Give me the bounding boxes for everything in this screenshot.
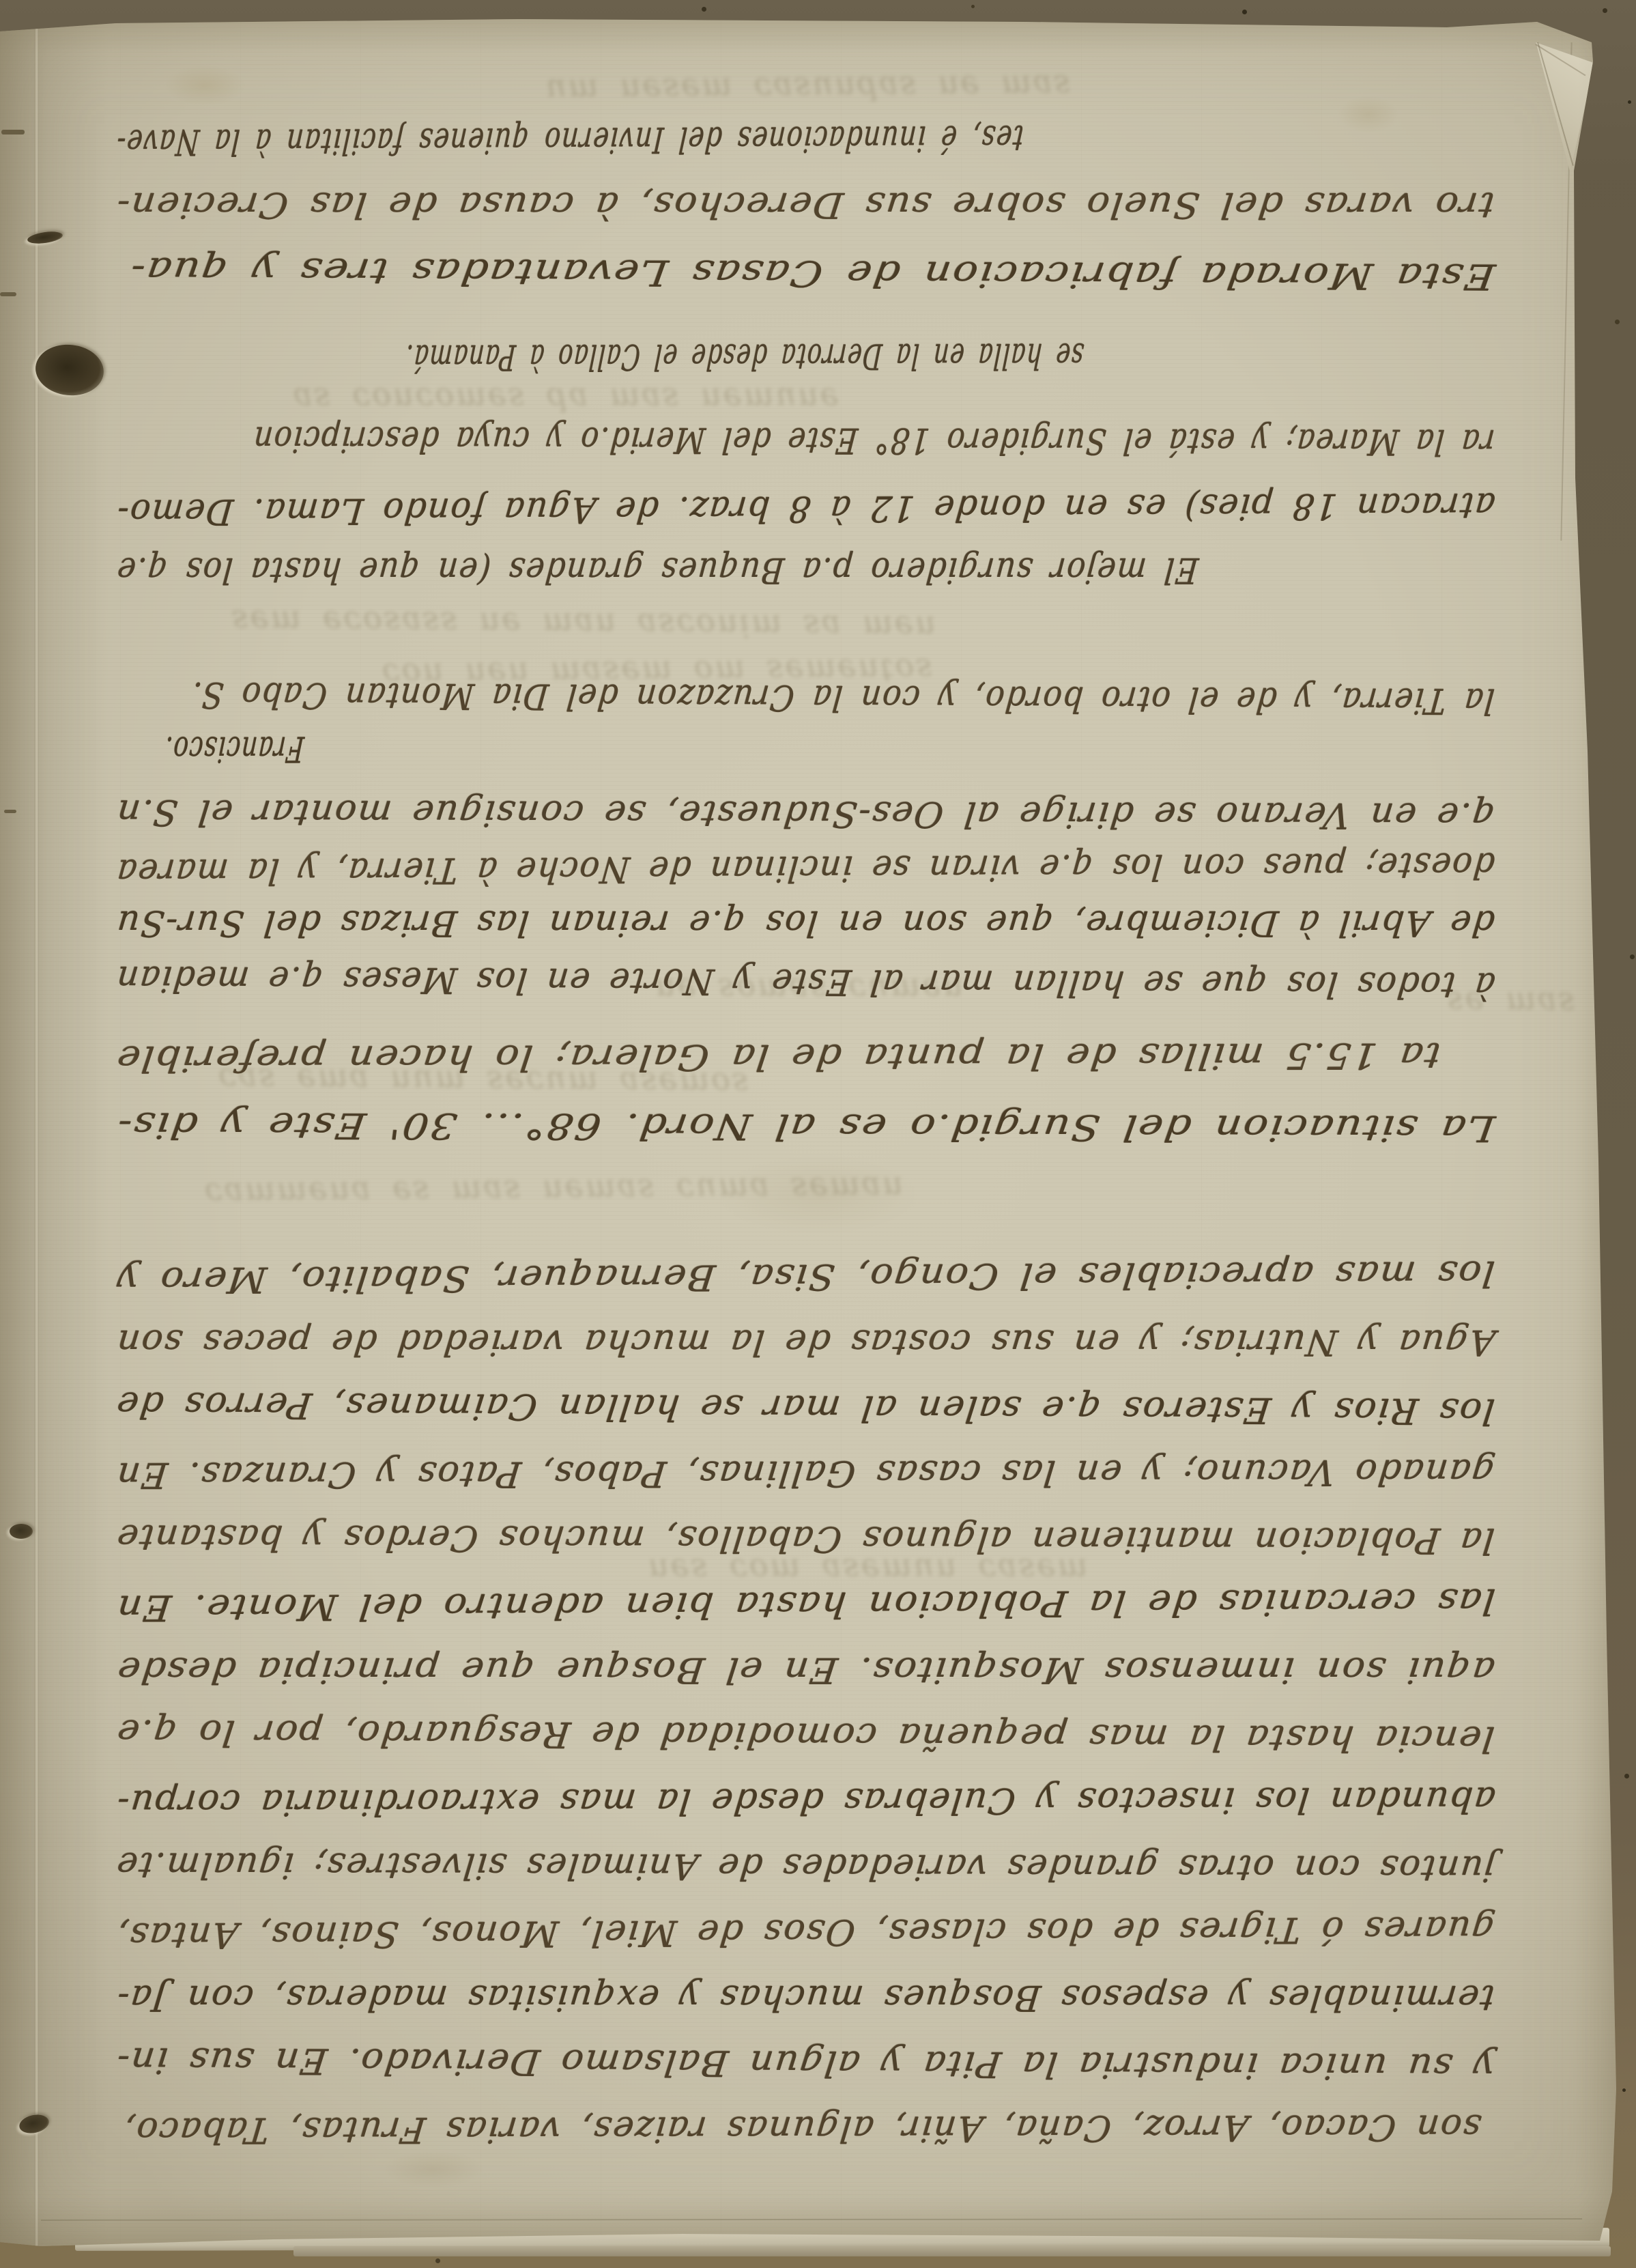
binding-layer — [0, 0, 1636, 2268]
margin-ink-mark — [4, 810, 16, 813]
binding-hole — [27, 229, 63, 245]
margin-ink-mark — [1, 130, 25, 134]
margin-ink-mark — [0, 292, 16, 296]
desk-background: um nesem casundas ne masas concomes da m… — [0, 0, 1636, 2268]
binding-hole — [18, 2112, 51, 2136]
underlying-sheet-edge — [293, 2246, 1611, 2256]
binding-hole — [33, 341, 106, 399]
manuscript-page: um nesem casundas ne masas concomes da m… — [0, 19, 1619, 2246]
binding-hole — [10, 1524, 33, 1539]
red-speck — [1599, 1149, 1603, 1152]
desk-speckles — [0, 0, 2, 2]
